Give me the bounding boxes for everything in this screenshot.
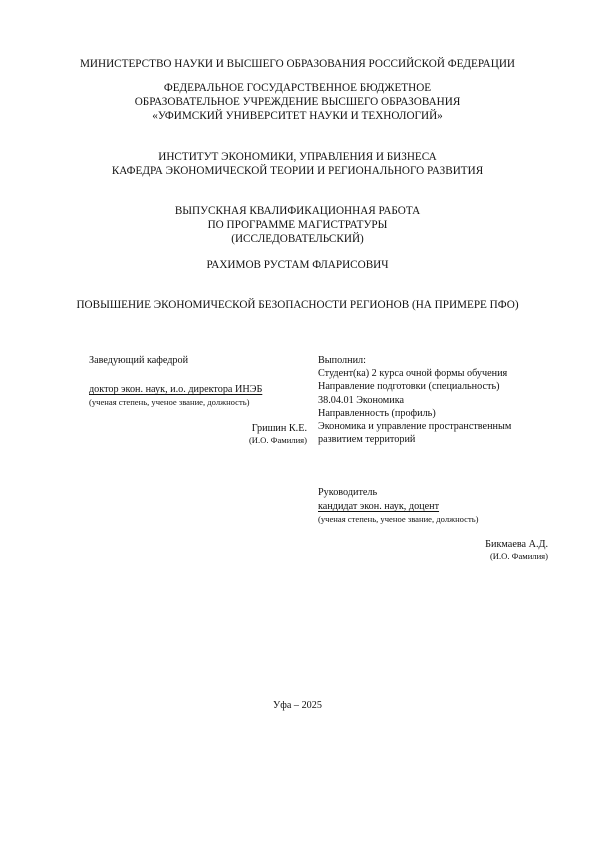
supervisor-credentials-hint: (ученая степень, ученое звание, должност… bbox=[318, 514, 479, 525]
author-name: РАХИМОВ РУСТАМ ФЛАРИСОВИЧ bbox=[0, 258, 595, 272]
university-line-1: ФЕДЕРАЛЬНОЕ ГОСУДАРСТВЕННОЕ БЮДЖЕТНОЕ bbox=[0, 81, 595, 95]
performed-by-line: Экономика и управление пространственным bbox=[318, 420, 511, 433]
university-line-3: «УФИМСКИЙ УНИВЕРСИТЕТ НАУКИ И ТЕХНОЛОГИЙ… bbox=[0, 109, 595, 123]
performed-by-line: 38.04.01 Экономика bbox=[318, 394, 511, 407]
performed-by-line: Выполнил: bbox=[318, 354, 511, 367]
performed-by-line: Направленность (профиль) bbox=[318, 407, 511, 420]
work-type-line-3: (ИССЛЕДОВАТЕЛЬСКИЙ) bbox=[0, 232, 595, 246]
institute-name: ИНСТИТУТ ЭКОНОМИКИ, УПРАВЛЕНИЯ И БИЗНЕСА bbox=[0, 150, 595, 164]
city-year: Уфа – 2025 bbox=[0, 699, 595, 712]
ministry-name: МИНИСТЕРСТВО НАУКИ И ВЫСШЕГО ОБРАЗОВАНИЯ… bbox=[0, 57, 595, 71]
performed-by-block: Выполнил: Студент(ка) 2 курса очной форм… bbox=[318, 354, 511, 446]
supervisor-credentials: кандидат экон. наук, доцент bbox=[318, 500, 439, 513]
supervisor-name: Бикмаева А.Д. bbox=[400, 538, 548, 551]
performed-by-line: Студент(ка) 2 курса очной формы обучения bbox=[318, 367, 511, 380]
head-of-department-label: Заведующий кафедрой bbox=[89, 354, 188, 367]
work-type-line-2: ПО ПРОГРАММЕ МАГИСТРАТУРЫ bbox=[0, 218, 595, 232]
performed-by-line: Направление подготовки (специальность) bbox=[318, 380, 511, 393]
performed-by-line: развитием территорий bbox=[318, 433, 511, 446]
department-name: КАФЕДРА ЭКОНОМИЧЕСКОЙ ТЕОРИИ И РЕГИОНАЛЬ… bbox=[0, 164, 595, 178]
head-of-department-credentials: доктор экон. наук, и.о. директора ИНЭБ bbox=[89, 383, 262, 396]
work-type-line-1: ВЫПУСКНАЯ КВАЛИФИКАЦИОННАЯ РАБОТА bbox=[0, 204, 595, 218]
thesis-title: ПОВЫШЕНИЕ ЭКОНОМИЧЕСКОЙ БЕЗОПАСНОСТИ РЕГ… bbox=[0, 298, 595, 312]
supervisor-label: Руководитель bbox=[318, 486, 377, 499]
head-of-department-credentials-hint: (ученая степень, ученое звание, должност… bbox=[89, 397, 250, 408]
supervisor-name-hint: (И.О. Фамилия) bbox=[400, 551, 548, 562]
head-of-department-name: Гришин К.Е. bbox=[150, 422, 307, 435]
university-line-2: ОБРАЗОВАТЕЛЬНОЕ УЧРЕЖДЕНИЕ ВЫСШЕГО ОБРАЗ… bbox=[0, 95, 595, 109]
head-of-department-name-hint: (И.О. Фамилия) bbox=[150, 435, 307, 446]
